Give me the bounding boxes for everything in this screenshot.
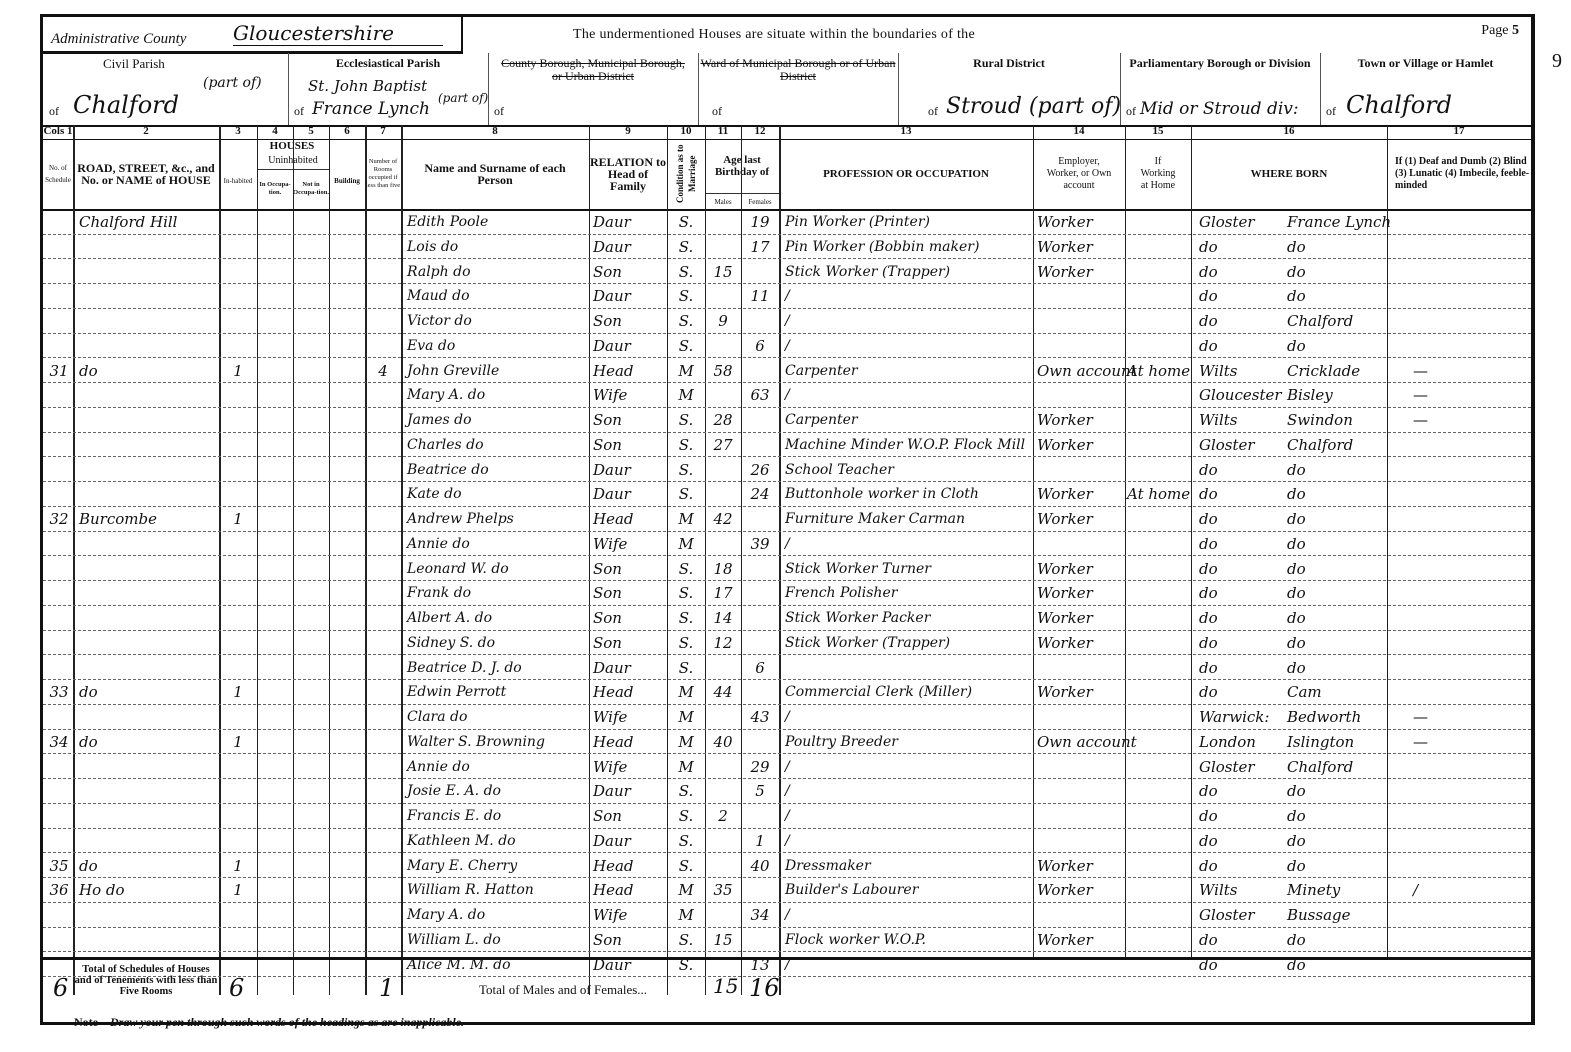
relation: Son bbox=[593, 630, 667, 654]
occupation: / bbox=[785, 531, 1033, 555]
total-females: 16 bbox=[749, 974, 780, 1002]
table-row: Annie doWifeM39/dodo bbox=[43, 531, 1531, 557]
condition: S. bbox=[667, 853, 705, 877]
inhabited-count bbox=[219, 234, 257, 258]
condition: S. bbox=[667, 580, 705, 604]
table-row: Maud doDaurS.11/dodo bbox=[43, 283, 1531, 309]
born-county: Wilts bbox=[1199, 407, 1279, 431]
schedule-number bbox=[45, 308, 73, 332]
road-name bbox=[79, 778, 219, 802]
margin-number: 9 bbox=[1552, 50, 1562, 73]
table-row: Beatrice doDaurS.26School Teacherdodo bbox=[43, 457, 1531, 483]
inhabited-count bbox=[219, 580, 257, 604]
person-name: Edwin Perrott bbox=[407, 679, 589, 703]
relation: Head bbox=[593, 729, 667, 753]
admin-county-label: Administrative County bbox=[51, 31, 186, 48]
of-label: of bbox=[294, 104, 304, 119]
occupation: French Polisher bbox=[785, 580, 1033, 604]
road-name bbox=[79, 704, 219, 728]
road-name bbox=[79, 333, 219, 357]
born-place: France Lynch bbox=[1287, 209, 1387, 233]
born-county: do bbox=[1199, 506, 1279, 530]
born-county: do bbox=[1199, 308, 1279, 332]
col-num: Cols 1 bbox=[43, 125, 73, 137]
infirmity bbox=[1413, 457, 1523, 481]
occupation: / bbox=[785, 333, 1033, 357]
table-row: Charles doSonS.27Machine Minder W.O.P. F… bbox=[43, 432, 1531, 458]
at-home bbox=[1127, 407, 1191, 431]
inhabited-count bbox=[219, 432, 257, 456]
of-label: of bbox=[1326, 104, 1336, 119]
condition: S. bbox=[667, 605, 705, 629]
employment-status bbox=[1037, 457, 1125, 481]
schedule-number: 34 bbox=[45, 729, 73, 753]
occupation: Stick Worker (Trapper) bbox=[785, 259, 1033, 283]
header-males: Males bbox=[705, 193, 741, 210]
female-age: 6 bbox=[741, 333, 779, 357]
table-row: 32Burcombe1Andrew PhelpsHeadM42Furniture… bbox=[43, 506, 1531, 532]
civil-parish-value: Chalford bbox=[73, 91, 179, 119]
male-age bbox=[705, 209, 741, 233]
at-home bbox=[1127, 457, 1191, 481]
table-row: Sidney S. doSonS.12Stick Worker (Trapper… bbox=[43, 630, 1531, 656]
rooms-count bbox=[365, 382, 401, 406]
person-name: Albert A. do bbox=[407, 605, 589, 629]
born-county: Gloster bbox=[1199, 432, 1279, 456]
employment-status: Worker bbox=[1037, 481, 1125, 505]
condition: M bbox=[667, 754, 705, 778]
total-inhabited: 6 bbox=[229, 974, 244, 1002]
table-row: William L. doSonS.15Flock worker W.O.P.W… bbox=[43, 927, 1531, 953]
table-row: Eva doDaurS.6/dodo bbox=[43, 333, 1531, 359]
male-age: 9 bbox=[705, 308, 741, 332]
schedule-number: 31 bbox=[45, 358, 73, 382]
at-home bbox=[1127, 877, 1191, 901]
col-num: 14 bbox=[1033, 125, 1125, 137]
infirmity bbox=[1413, 283, 1523, 307]
table-row: Albert A. doSonS.14Stick Worker PackerWo… bbox=[43, 605, 1531, 631]
condition: M bbox=[667, 531, 705, 555]
female-age: 6 bbox=[741, 655, 779, 679]
occupation: / bbox=[785, 828, 1033, 852]
footer-note: Note—Draw your pen through such words of… bbox=[74, 1015, 464, 1030]
male-age: 27 bbox=[705, 432, 741, 456]
occupation: Commercial Clerk (Miller) bbox=[785, 679, 1033, 703]
inhabited-count bbox=[219, 531, 257, 555]
female-age bbox=[741, 679, 779, 703]
occupation: Dressmaker bbox=[785, 853, 1033, 877]
infirmity: — bbox=[1413, 382, 1523, 406]
female-age: 40 bbox=[741, 853, 779, 877]
infirmity bbox=[1413, 902, 1523, 926]
col-num: 9 bbox=[589, 125, 667, 137]
occupation: Stick Worker (Trapper) bbox=[785, 630, 1033, 654]
male-age: 40 bbox=[705, 729, 741, 753]
born-place: do bbox=[1287, 778, 1387, 802]
rooms-count: 4 bbox=[365, 358, 401, 382]
inhabited-count bbox=[219, 803, 257, 827]
born-county: do bbox=[1199, 605, 1279, 629]
road-name bbox=[79, 481, 219, 505]
rooms-count bbox=[365, 853, 401, 877]
road-name: Ho do bbox=[79, 877, 219, 901]
relation: Daur bbox=[593, 209, 667, 233]
town-village-label: Town or Village or Hamlet bbox=[1320, 57, 1531, 70]
occupation: / bbox=[785, 283, 1033, 307]
person-name: John Greville bbox=[407, 358, 589, 382]
col-num: 13 bbox=[779, 125, 1033, 137]
at-home bbox=[1127, 283, 1191, 307]
born-county: do bbox=[1199, 234, 1279, 258]
male-age bbox=[705, 853, 741, 877]
male-age: 44 bbox=[705, 679, 741, 703]
table-row: Chalford HillEdith PooleDaurS.19Pin Work… bbox=[43, 209, 1531, 235]
relation: Head bbox=[593, 853, 667, 877]
inhabited-count: 1 bbox=[219, 877, 257, 901]
male-age bbox=[705, 902, 741, 926]
condition: S. bbox=[667, 283, 705, 307]
road-name bbox=[79, 556, 219, 580]
female-age bbox=[741, 432, 779, 456]
rooms-count bbox=[365, 679, 401, 703]
rural-district-label: Rural District bbox=[898, 57, 1120, 70]
parliamentary-label: Parliamentary Borough or Division bbox=[1120, 57, 1320, 70]
table-row: Leonard W. doSonS.18Stick Worker TurnerW… bbox=[43, 556, 1531, 582]
employment-status: Worker bbox=[1037, 209, 1125, 233]
road-name bbox=[79, 457, 219, 481]
road-name bbox=[79, 432, 219, 456]
female-age bbox=[741, 605, 779, 629]
employment-status: Worker bbox=[1037, 679, 1125, 703]
infirmity bbox=[1413, 778, 1523, 802]
male-age: 42 bbox=[705, 506, 741, 530]
female-age: 34 bbox=[741, 902, 779, 926]
relation: Daur bbox=[593, 655, 667, 679]
male-age bbox=[705, 754, 741, 778]
person-name: William L. do bbox=[407, 927, 589, 951]
table-row: Kathleen M. doDaurS.1/dodo bbox=[43, 828, 1531, 854]
occupation: Stick Worker Packer bbox=[785, 605, 1033, 629]
employment-status bbox=[1037, 382, 1125, 406]
employment-status bbox=[1037, 803, 1125, 827]
born-place: Bisley bbox=[1287, 382, 1387, 406]
born-county: Wilts bbox=[1199, 358, 1279, 382]
condition: S. bbox=[667, 457, 705, 481]
total-schedules: 6 bbox=[53, 974, 68, 1002]
female-age bbox=[741, 506, 779, 530]
rooms-count bbox=[365, 828, 401, 852]
born-county: Wilts bbox=[1199, 877, 1279, 901]
schedule-number bbox=[45, 333, 73, 357]
born-place: do bbox=[1287, 580, 1387, 604]
relation: Head bbox=[593, 358, 667, 382]
header-houses: HOUSES bbox=[219, 139, 365, 153]
occupation: Flock worker W.O.P. bbox=[785, 927, 1033, 951]
infirmity bbox=[1413, 234, 1523, 258]
male-age: 35 bbox=[705, 877, 741, 901]
female-age bbox=[741, 927, 779, 951]
county-borough: County Borough, Municipal Borough, or Ur… bbox=[488, 53, 699, 125]
person-name: Mary A. do bbox=[407, 902, 589, 926]
born-place: Chalford bbox=[1287, 754, 1387, 778]
born-place: Bussage bbox=[1287, 902, 1387, 926]
occupation: / bbox=[785, 803, 1033, 827]
rooms-count bbox=[365, 580, 401, 604]
employment-status bbox=[1037, 902, 1125, 926]
road-name: Burcombe bbox=[79, 506, 219, 530]
page-label: Page bbox=[1481, 23, 1508, 38]
relation: Son bbox=[593, 927, 667, 951]
inhabited-count bbox=[219, 407, 257, 431]
at-home bbox=[1127, 853, 1191, 877]
born-county: do bbox=[1199, 580, 1279, 604]
schedule-number: 32 bbox=[45, 506, 73, 530]
ecclesiastical-parish: Ecclesiastical Parish St. John Baptist o… bbox=[288, 53, 489, 125]
rural-district: Rural District of Stroud (part of) bbox=[898, 53, 1121, 125]
male-age: 17 bbox=[705, 580, 741, 604]
condition: S. bbox=[667, 333, 705, 357]
town-village: Town or Village or Hamlet of Chalford bbox=[1320, 53, 1531, 125]
female-age: 29 bbox=[741, 754, 779, 778]
col-num: 7 bbox=[365, 125, 401, 137]
table-row: Mary A. doWifeM63/GloucesterBisley— bbox=[43, 382, 1531, 408]
infirmity bbox=[1413, 754, 1523, 778]
condition: S. bbox=[667, 234, 705, 258]
relation: Head bbox=[593, 679, 667, 703]
table-row: Beatrice D. J. doDaurS.6dodo bbox=[43, 655, 1531, 681]
infirmity: — bbox=[1413, 704, 1523, 728]
rooms-count bbox=[365, 754, 401, 778]
schedule-number bbox=[45, 927, 73, 951]
col-num: 3 bbox=[219, 125, 257, 137]
female-age: 1 bbox=[741, 828, 779, 852]
born-county: Gloster bbox=[1199, 209, 1279, 233]
table-row: James doSonS.28CarpenterWorkerWiltsSwind… bbox=[43, 407, 1531, 433]
rooms-count bbox=[365, 902, 401, 926]
inhabited-count: 1 bbox=[219, 729, 257, 753]
employment-status: Worker bbox=[1037, 605, 1125, 629]
inhabited-count bbox=[219, 209, 257, 233]
male-age: 18 bbox=[705, 556, 741, 580]
road-name bbox=[79, 382, 219, 406]
employment-status bbox=[1037, 704, 1125, 728]
header-employer: Employer, Worker, or Own account bbox=[1033, 139, 1125, 209]
employment-status: Worker bbox=[1037, 927, 1125, 951]
at-home bbox=[1127, 729, 1191, 753]
infirmity: / bbox=[1413, 877, 1523, 901]
occupation: Pin Worker (Bobbin maker) bbox=[785, 234, 1033, 258]
table-row: 35do1Mary E. CherryHeadS.40DressmakerWor… bbox=[43, 853, 1531, 879]
employment-status bbox=[1037, 308, 1125, 332]
condition: S. bbox=[667, 308, 705, 332]
born-county: do bbox=[1199, 853, 1279, 877]
person-name: Kathleen M. do bbox=[407, 828, 589, 852]
road-name: Chalford Hill bbox=[79, 209, 219, 233]
at-home bbox=[1127, 630, 1191, 654]
condition: M bbox=[667, 382, 705, 406]
column-headers: No. of Schedule ROAD, STREET, &c., and N… bbox=[43, 139, 1531, 211]
road-name bbox=[79, 828, 219, 852]
rooms-count bbox=[365, 531, 401, 555]
born-place: do bbox=[1287, 803, 1387, 827]
schedule-number bbox=[45, 481, 73, 505]
male-age: 28 bbox=[705, 407, 741, 431]
condition: M bbox=[667, 506, 705, 530]
at-home bbox=[1127, 531, 1191, 555]
born-place: do bbox=[1287, 630, 1387, 654]
male-age bbox=[705, 778, 741, 802]
born-county: do bbox=[1199, 655, 1279, 679]
rooms-count bbox=[365, 778, 401, 802]
col-num: 2 bbox=[73, 125, 219, 137]
person-name: Josie E. A. do bbox=[407, 778, 589, 802]
born-place: Cricklade bbox=[1287, 358, 1387, 382]
relation: Son bbox=[593, 803, 667, 827]
born-county: do bbox=[1199, 630, 1279, 654]
person-name: Victor do bbox=[407, 308, 589, 332]
table-row: Victor doSonS.9/doChalford bbox=[43, 308, 1531, 334]
person-name: Walter S. Browning bbox=[407, 729, 589, 753]
inhabited-count bbox=[219, 927, 257, 951]
employment-status bbox=[1037, 655, 1125, 679]
person-name: Mary A. do bbox=[407, 382, 589, 406]
male-age bbox=[705, 333, 741, 357]
condition: M bbox=[667, 729, 705, 753]
born-county: do bbox=[1199, 927, 1279, 951]
relation: Daur bbox=[593, 283, 667, 307]
col-num: 11 bbox=[705, 125, 741, 137]
table-row: Francis E. doSonS.2/dodo bbox=[43, 803, 1531, 829]
employment-status bbox=[1037, 754, 1125, 778]
born-place: do bbox=[1287, 531, 1387, 555]
at-home bbox=[1127, 828, 1191, 852]
employment-status: Worker bbox=[1037, 630, 1125, 654]
col-num: 6 bbox=[329, 125, 365, 137]
female-age bbox=[741, 556, 779, 580]
note-prefix: Note— bbox=[74, 1015, 110, 1029]
employment-status: Worker bbox=[1037, 432, 1125, 456]
col-num: 5 bbox=[293, 125, 329, 137]
inhabited-count bbox=[219, 283, 257, 307]
inhabited-count bbox=[219, 704, 257, 728]
infirmity: — bbox=[1413, 729, 1523, 753]
born-place: do bbox=[1287, 828, 1387, 852]
born-place: Minety bbox=[1287, 877, 1387, 901]
schedule-number: 36 bbox=[45, 877, 73, 901]
condition: S. bbox=[667, 927, 705, 951]
schedule-number bbox=[45, 283, 73, 307]
infirmity bbox=[1413, 481, 1523, 505]
born-county: do bbox=[1199, 531, 1279, 555]
page-value: 5 bbox=[1512, 23, 1519, 38]
ward-label: Ward of Municipal Borough or of Urban Di… bbox=[698, 57, 898, 83]
born-county: Warwick: bbox=[1199, 704, 1279, 728]
infirmity: — bbox=[1413, 358, 1523, 382]
header-schedule: No. of Schedule bbox=[43, 139, 73, 209]
person-name: Charles do bbox=[407, 432, 589, 456]
born-place: do bbox=[1287, 556, 1387, 580]
infirmity bbox=[1413, 853, 1523, 877]
rooms-count bbox=[365, 407, 401, 431]
at-home bbox=[1127, 333, 1191, 357]
col-num: 15 bbox=[1125, 125, 1191, 137]
employment-status: Worker bbox=[1037, 259, 1125, 283]
table-row: Annie doWifeM29/GlosterChalford bbox=[43, 754, 1531, 780]
person-name: Maud do bbox=[407, 283, 589, 307]
table-row: 36Ho do1William R. HattonHeadM35Builder'… bbox=[43, 877, 1531, 903]
infirmity bbox=[1413, 630, 1523, 654]
born-place: Islington bbox=[1287, 729, 1387, 753]
occupation: / bbox=[785, 902, 1033, 926]
born-county: do bbox=[1199, 333, 1279, 357]
inhabited-count: 1 bbox=[219, 853, 257, 877]
header-building: Building bbox=[329, 153, 365, 209]
inhabited-count: 1 bbox=[219, 358, 257, 382]
admin-boundaries: Civil Parish of Chalford (part of) Eccle… bbox=[43, 53, 1531, 127]
person-name: Clara do bbox=[407, 704, 589, 728]
relation: Head bbox=[593, 506, 667, 530]
person-name: James do bbox=[407, 407, 589, 431]
of-label: of bbox=[712, 104, 722, 119]
of-label: of bbox=[49, 104, 59, 119]
person-name: William R. Hatton bbox=[407, 877, 589, 901]
employment-status: Worker bbox=[1037, 853, 1125, 877]
col-num: 8 bbox=[401, 125, 589, 137]
table-row: Clara doWifeM43/Warwick:Bedworth— bbox=[43, 704, 1531, 730]
table-row: 33do1Edwin PerrottHeadM44Commercial Cler… bbox=[43, 679, 1531, 705]
at-home bbox=[1127, 556, 1191, 580]
person-name: Annie do bbox=[407, 754, 589, 778]
ward: Ward of Municipal Borough or of Urban Di… bbox=[698, 53, 899, 125]
employment-status bbox=[1037, 778, 1125, 802]
page-number: Page 5 bbox=[1481, 23, 1519, 39]
at-home bbox=[1127, 605, 1191, 629]
person-name: Beatrice D. J. do bbox=[407, 655, 589, 679]
born-county: do bbox=[1199, 481, 1279, 505]
eccl-parish-value: St. John Baptist bbox=[308, 77, 427, 95]
male-age bbox=[705, 655, 741, 679]
rooms-count bbox=[365, 259, 401, 283]
employment-status bbox=[1037, 531, 1125, 555]
schedule-number bbox=[45, 630, 73, 654]
relation: Son bbox=[593, 605, 667, 629]
schedule-number bbox=[45, 704, 73, 728]
born-county: do bbox=[1199, 283, 1279, 307]
female-age: 63 bbox=[741, 382, 779, 406]
schedule-number bbox=[45, 432, 73, 456]
infirmity bbox=[1413, 679, 1523, 703]
occupation: / bbox=[785, 382, 1033, 406]
relation: Wife bbox=[593, 754, 667, 778]
schedule-number bbox=[45, 382, 73, 406]
rooms-count bbox=[365, 877, 401, 901]
condition: M bbox=[667, 679, 705, 703]
employment-status: Worker bbox=[1037, 234, 1125, 258]
at-home bbox=[1127, 234, 1191, 258]
condition: M bbox=[667, 877, 705, 901]
relation: Son bbox=[593, 407, 667, 431]
female-age bbox=[741, 580, 779, 604]
born-place: Cam bbox=[1287, 679, 1387, 703]
civil-parish-label: Civil Parish bbox=[103, 57, 288, 70]
employment-status: Own account bbox=[1037, 729, 1125, 753]
road-name bbox=[79, 407, 219, 431]
person-name: Andrew Phelps bbox=[407, 506, 589, 530]
rooms-count bbox=[365, 457, 401, 481]
condition: S. bbox=[667, 259, 705, 283]
born-place: Swindon bbox=[1287, 407, 1387, 431]
condition: S. bbox=[667, 407, 705, 431]
